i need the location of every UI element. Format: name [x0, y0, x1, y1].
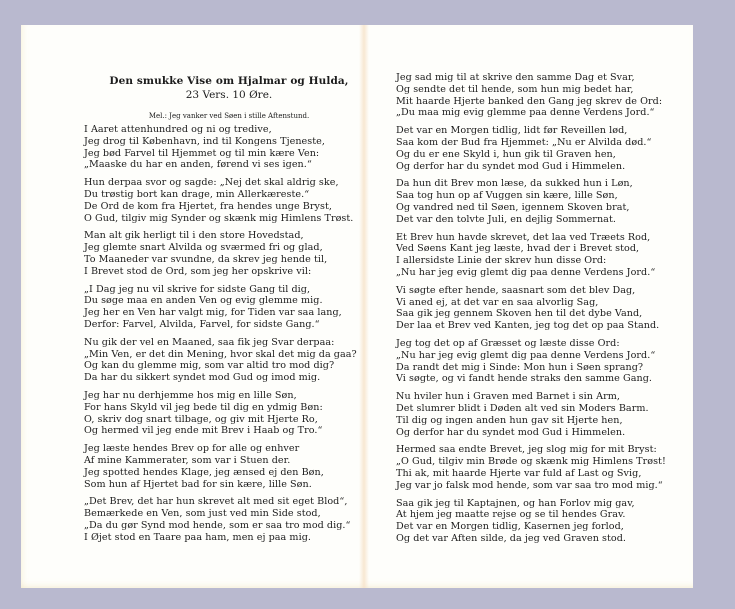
verse-line: At hjem jeg maatte rejse og se til hende… [396, 509, 686, 521]
right-stanzas: Jeg sad mig til at skrive den samme Dag … [396, 72, 686, 545]
verse-line: Jeg spotted hendes Klage, jeg ænsed ej d… [84, 467, 354, 479]
verse-line: Jeg tog det op af Græsset og læste disse… [396, 338, 686, 350]
stanza: Da hun dit Brev mon læse, da sukked hun … [396, 178, 686, 225]
verse-line: Bemærkede en Ven, som just ved min Side … [84, 508, 354, 520]
verse-line: Det var en Morgen tidlig, Kasernen jeg f… [396, 521, 686, 533]
verse-line: Og derfor har du syndet mod Gud i Himmel… [396, 161, 686, 173]
stanza: Nu hviler hun i Graven med Barnet i sin … [396, 391, 686, 438]
verse-line: Og kan du glemme mig, som var altid tro … [84, 360, 354, 372]
verse-line: „O Gud, tilgiv min Brøde og skænk mig Hi… [396, 456, 686, 468]
verse-line: I allersidste Linie der skrev hun disse … [396, 255, 686, 267]
verse-line: Det slumrer blidt i Døden alt ved sin Mo… [396, 403, 686, 415]
verse-line: Jeg læste hendes Brev op for alle og enh… [84, 443, 354, 455]
verse-line: Jeg bød Farvel til Hjemmet og til min kæ… [84, 148, 354, 160]
verse-line: Jeg sad mig til at skrive den samme Dag … [396, 72, 686, 84]
verse-line: I Aaret attenhundred og ni og tredive, [84, 124, 354, 136]
stanza: I Aaret attenhundred og ni og tredive,Je… [84, 124, 354, 171]
verse-line: Jeg drog til København, ind til Kongens … [84, 136, 354, 148]
verse-line: Hun derpaa svor og sagde: „Nej det skal … [84, 177, 354, 189]
right-page: Jeg sad mig til at skrive den samme Dag … [396, 72, 686, 551]
verse-line: „Det Brev, det har hun skrevet alt med s… [84, 496, 354, 508]
verse-line: Og hermed vil jeg ende mit Brev i Haab o… [84, 425, 354, 437]
verse-line: Thi ak, mit haarde Hjerte var fuld af La… [396, 468, 686, 480]
verse-line: De Ord de kom fra Hjertet, fra hendes un… [84, 201, 354, 213]
verse-line: To Maaneder var svundne, da skrev jeg he… [84, 254, 354, 266]
left-page: Den smukke Vise om Hjalmar og Hulda, 23 … [84, 74, 354, 550]
left-stanzas: I Aaret attenhundred og ni og tredive,Je… [84, 124, 354, 544]
stanza: Vi søgte efter hende, saasnart som det b… [396, 285, 686, 332]
verse-line: Saa gik jeg til Kaptajnen, og han Forlov… [396, 498, 686, 510]
stanza: Hermed saa endte Brevet, jeg slog mig fo… [396, 444, 686, 491]
verse-line: Saa tog hun op af Vuggen sin kære, lille… [396, 190, 686, 202]
verse-line: I Brevet stod de Ord, som jeg her opskri… [84, 266, 354, 278]
verse-line: Jeg har nu derhjemme hos mig en lille Sø… [84, 390, 354, 402]
verse-line: Derfor: Farvel, Alvilda, Farvel, for sid… [84, 319, 354, 331]
verse-line: Saa gik jeg gennem Skoven hen til det dy… [396, 308, 686, 320]
verse-line: Af mine Kammerater, som var i Stuen der. [84, 455, 354, 467]
stanza: Hun derpaa svor og sagde: „Nej det skal … [84, 177, 354, 224]
verse-line: Og du er ene Skyld i, hun gik til Graven… [396, 149, 686, 161]
verse-line: „Da du gør Synd mod hende, som er saa tr… [84, 520, 354, 532]
verse-line: Og vandred ned til Søen, igennem Skoven … [396, 202, 686, 214]
stanza: Jeg læste hendes Brev op for alle og enh… [84, 443, 354, 490]
song-verses-price: 23 Vers. 10 Øre. [104, 88, 354, 102]
verse-line: Nu hviler hun i Graven med Barnet i sin … [396, 391, 686, 403]
stanza: Jeg har nu derhjemme hos mig en lille Sø… [84, 390, 354, 437]
verse-line: Da har du sikkert syndet mod Gud og imod… [84, 372, 354, 384]
verse-line: I Øjet stod en Taare paa ham, men ej paa… [84, 532, 354, 544]
verse-line: „Maaske du har en anden, førend vi ses i… [84, 159, 354, 171]
stanza: „I Dag jeg nu vil skrive for sidste Gang… [84, 284, 354, 331]
verse-line: Saa kom der Bud fra Hjemmet: „Nu er Alvi… [396, 137, 686, 149]
stanza: Man alt gik herligt til i den store Hove… [84, 230, 354, 277]
verse-line: „Nu har jeg evig glemt dig paa denne Ver… [396, 350, 686, 362]
verse-line: Og sendte det til hende, som hun mig bed… [396, 84, 686, 96]
verse-line: „Nu har jeg evig glemt dig paa denne Ver… [396, 267, 686, 279]
verse-line: „Min Ven, er det din Mening, hvor skal d… [84, 349, 354, 361]
stanza: Jeg tog det op af Græsset og læste disse… [396, 338, 686, 385]
verse-line: „Du maa mig evig glemme paa denne Verden… [396, 107, 686, 119]
stanza: Et Brev hun havde skrevet, det laa ved T… [396, 232, 686, 279]
verse-line: „I Dag jeg nu vil skrive for sidste Gang… [84, 284, 354, 296]
verse-line: Vi søgte efter hende, saasnart som det b… [396, 285, 686, 297]
verse-line: Det var den tolvte Juli, en dejlig Somme… [396, 214, 686, 226]
verse-line: Du trøstig bort kan drage, min Allerkære… [84, 189, 354, 201]
melody-note: Mel.: Jeg vanker ved Søen i stille Aften… [104, 111, 354, 121]
verse-line: For hans Skyld vil jeg bede til dig en y… [84, 402, 354, 414]
stanza: „Det Brev, det har hun skrevet alt med s… [84, 496, 354, 543]
stanza: Det var en Morgen tidlig, lidt før Revei… [396, 125, 686, 172]
verse-line: Til dig og ingen anden hun gav sit Hjert… [396, 415, 686, 427]
verse-line: Som hun af Hjertet bad for sin kære, lil… [84, 479, 354, 491]
page-fold-gutter [359, 25, 369, 588]
verse-line: Der laa et Brev ved Kanten, jeg tog det … [396, 320, 686, 332]
stanza: Jeg sad mig til at skrive den samme Dag … [396, 72, 686, 119]
verse-line: Jeg her en Ven har valgt mig, for Tiden … [84, 307, 354, 319]
stanza: Saa gik jeg til Kaptajnen, og han Forlov… [396, 498, 686, 545]
verse-line: O Gud, tilgiv mig Synder og skænk mig Hi… [84, 213, 354, 225]
stanza: Nu gik der vel en Maaned, saa fik jeg Sv… [84, 337, 354, 384]
verse-line: Da randt det mig i Sinde: Mon hun i Søen… [396, 362, 686, 374]
verse-line: Vi aned ej, at det var en saa alvorlig S… [396, 297, 686, 309]
verse-line: Mit haarde Hjerte banked den Gang jeg sk… [396, 96, 686, 108]
verse-line: Jeg glemte snart Alvilda og sværmed fri … [84, 242, 354, 254]
verse-line: Vi søgte, og vi fandt hende straks den s… [396, 373, 686, 385]
verse-line: Da hun dit Brev mon læse, da sukked hun … [396, 178, 686, 190]
verse-line: Og derfor har du syndet mod Gud i Himmel… [396, 427, 686, 439]
scanned-broadside: Den smukke Vise om Hjalmar og Hulda, 23 … [21, 25, 693, 588]
song-title: Den smukke Vise om Hjalmar og Hulda, [104, 74, 354, 88]
verse-line: Man alt gik herligt til i den store Hove… [84, 230, 354, 242]
verse-line: Jeg var jo falsk mod hende, som var saa … [396, 480, 686, 492]
verse-line: Hermed saa endte Brevet, jeg slog mig fo… [396, 444, 686, 456]
verse-line: Et Brev hun havde skrevet, det laa ved T… [396, 232, 686, 244]
verse-line: Det var en Morgen tidlig, lidt før Revei… [396, 125, 686, 137]
verse-line: Og det var Aften silde, da jeg ved Grave… [396, 533, 686, 545]
verse-line: Nu gik der vel en Maaned, saa fik jeg Sv… [84, 337, 354, 349]
verse-line: Ved Søens Kant jeg læste, hvad der i Bre… [396, 243, 686, 255]
verse-line: O, skriv dog snart tilbage, og giv mit H… [84, 414, 354, 426]
verse-line: Du søge maa en anden Ven og evig glemme … [84, 295, 354, 307]
